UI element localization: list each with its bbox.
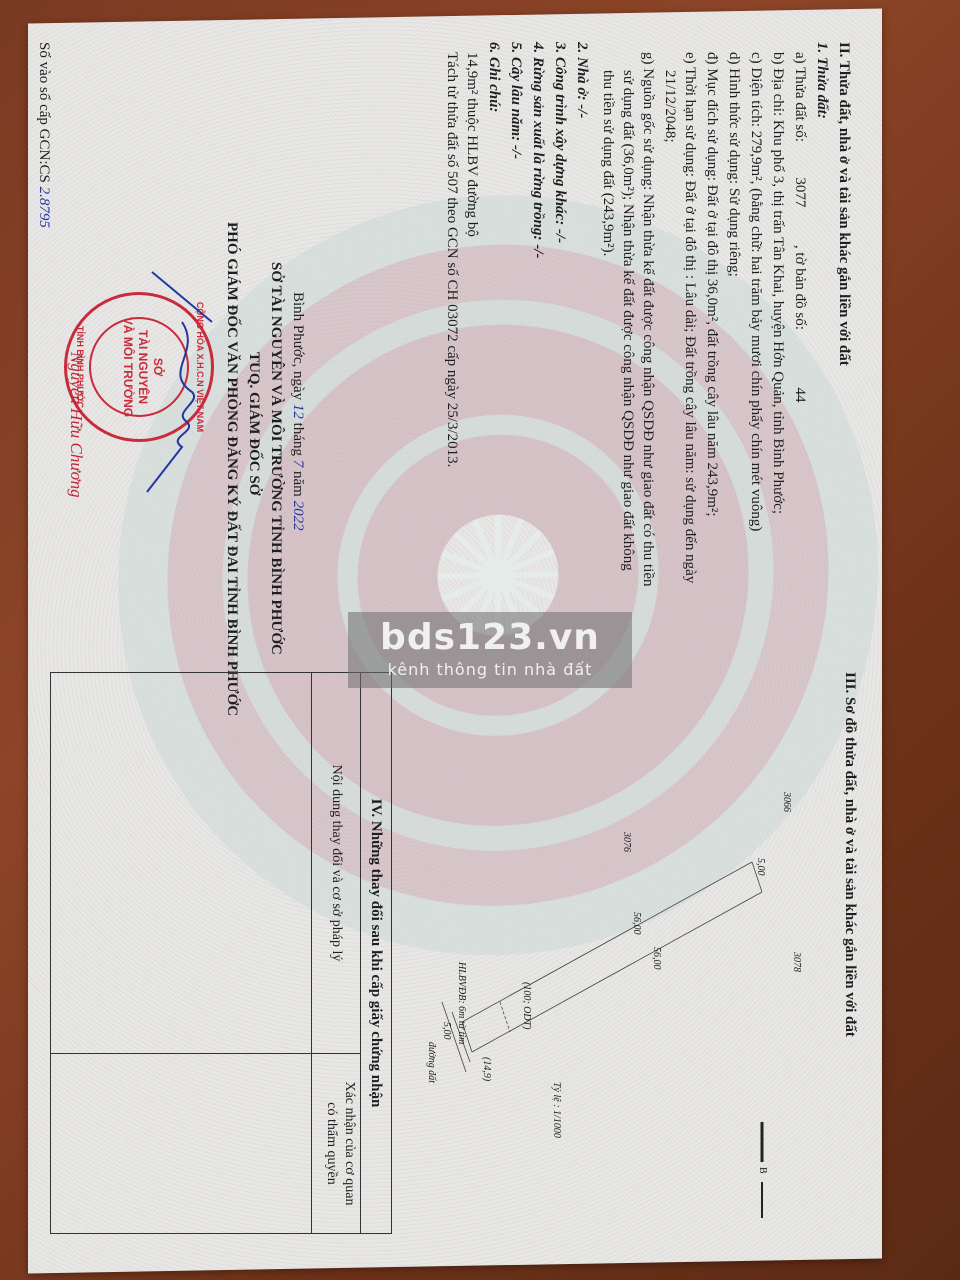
origin-line-1: g) Nguồn gốc sử dụng: Nhận thừa kế đất đ…: [639, 52, 656, 587]
parcel-heading: 1. Thửa đất:: [813, 42, 830, 119]
neighbor-3076: 3076: [621, 832, 632, 852]
north-arrow-label: B: [757, 1167, 768, 1174]
changes-table: IV. Những thay đổi sau khi cấp giấy chứn…: [50, 672, 392, 1234]
section-land-info: II. Thửa đất, nhà ở và tài sản khác gắn …: [22, 22, 862, 642]
neighbor-3078: 3078: [791, 952, 802, 972]
origin-line-3: thu tiền sử dụng đất (243,9m²).: [599, 70, 616, 256]
section4-title: IV. Những thay đổi sau khi cấp giấy chứn…: [360, 673, 391, 1233]
site-watermark: bds123.vn kênh thông tin nhà đất: [348, 612, 632, 688]
map-sheet-number: 44: [792, 387, 808, 402]
usage-form: d) Hình thức sử dụng: Sử dụng riêng;: [725, 52, 742, 277]
note-1: 14,9m² thuộc HLBV đường bộ: [463, 52, 480, 237]
authority-1: SỞ TÀI NGUYÊN VÀ MÔI TRƯỜNG TỈNH BÌNH PH…: [267, 262, 284, 655]
usage-purpose: đ) Mục đích sử dụng: Đất ở tại đô thị 36…: [703, 52, 720, 517]
usage-term: e) Thời hạn sử dụng: Đất ở tại đô thị : …: [681, 52, 698, 583]
watermark-tagline: kênh thông tin nhà đất: [348, 660, 632, 680]
section2-title: II. Thửa đất, nhà ở và tài sản khác gắn …: [835, 42, 852, 366]
scale-label: Tỷ lệ : 1/1000: [551, 1082, 562, 1138]
plot-diagram: 3066 3078 3076 5,00 56,00 56,00 5,00 (10…: [402, 662, 862, 1242]
section-diagram-and-changes: III. Sơ đồ thửa đất, nhà ở và tài sản kh…: [22, 662, 862, 1242]
notes-heading: 6. Ghi chú:: [485, 42, 502, 112]
dimension-top: 5,00: [755, 858, 766, 876]
house: 2. Nhà ở: -/-: [573, 42, 590, 118]
origin-line-2: sử dụng đất (36,0m²); Nhận thừa kế đất đ…: [619, 70, 636, 571]
registry-number-row: Số vào sổ cấp GCN:CS 2.8795: [35, 42, 52, 228]
date-year: 2022: [290, 501, 306, 531]
corridor-label: HLBVĐB: 6m từ tim: [456, 962, 467, 1044]
column-confirm-line-2: có thẩm quyền: [322, 1054, 340, 1233]
registry-label: Số vào sổ cấp GCN:CS: [36, 42, 52, 183]
authority-2: TUQ. GIÁM ĐỐC SỞ: [245, 352, 262, 495]
parcel-label: (100; ODT): [521, 982, 532, 1030]
perennial-trees: 5. Cây lâu năm: -/-: [507, 42, 524, 159]
dimension-side-a: 56,00: [631, 912, 642, 935]
date-year-label: năm: [290, 471, 306, 497]
other-construction: 3. Công trình xây dựng khác: -/-: [551, 42, 568, 243]
watermark-brand: bds123.vn: [348, 616, 632, 660]
dimension-bottom: 5,00: [441, 1022, 452, 1040]
address: b) Địa chỉ: Khu phố 3, thị trấn Tân Khai…: [769, 52, 786, 514]
neighbor-3066: 3066: [781, 792, 792, 812]
parcel-number-row: a) Thửa đất số: 3077 , tờ bản đồ số: 44: [791, 52, 808, 402]
stamp-center-3: VÀ MÔI TRƯỜNG: [120, 295, 135, 439]
note-2: Tách từ thửa đất số 507 theo GCN số CH 0…: [443, 52, 460, 467]
column-confirm-header: Xác nhận của cơ quan có thẩm quyền: [312, 1054, 358, 1233]
usage-term-date: 21/12/2048;: [661, 70, 678, 143]
authority-3: PHÓ GIÁM ĐỐC VĂN PHÒNG ĐĂNG KÝ ĐẤT ĐAI T…: [223, 222, 240, 716]
map-sheet-label: , tờ bản đồ số:: [792, 245, 808, 330]
registry-number: 2.8795: [36, 187, 52, 228]
area: c) Diện tích: 279,9m², (bằng chữ: hai tr…: [747, 52, 764, 531]
date-day: 12: [290, 404, 306, 419]
signer-name: Nguyễn Hữu Chương: [66, 352, 86, 498]
road-label: đường đất: [426, 1042, 437, 1083]
date-prefix: Bình Phước, ngày: [290, 292, 306, 400]
date-month: 7: [290, 460, 306, 468]
dimension-side-b: 56,00: [651, 947, 662, 970]
date-month-label: tháng: [290, 423, 306, 456]
column-changes-header: Nội dung thay đổi và cơ sở pháp lý: [312, 673, 360, 1053]
production-forest: 4. Rừng sản xuất là rừng trồng: -/-: [529, 42, 546, 258]
parcel-number-label: a) Thửa đất số:: [792, 52, 808, 142]
issue-date: Bình Phước, ngày 12 tháng 7 năm 2022: [289, 292, 306, 531]
corridor-area: (14,9): [481, 1057, 492, 1081]
parcel-number: 3077: [792, 177, 808, 207]
signature: [142, 262, 222, 502]
column-confirm-line-1: Xác nhận của cơ quan: [340, 1054, 358, 1233]
